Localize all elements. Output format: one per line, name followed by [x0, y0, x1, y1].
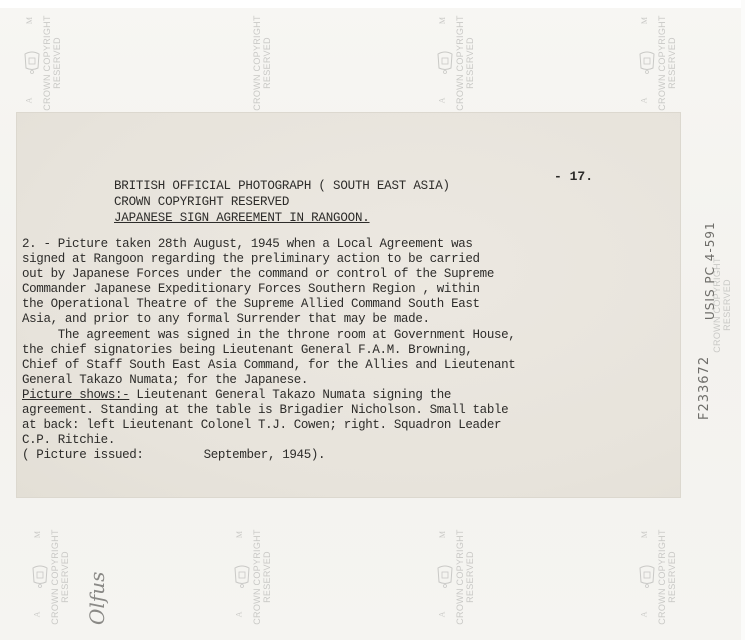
- body-line: agreement. Standing at the table is Brig…: [22, 403, 672, 418]
- watermark-letter-a: A: [32, 612, 41, 618]
- photo-top-edge: [0, 0, 745, 8]
- watermark-text: CROWN COPYRIGHTRESERVED: [50, 522, 70, 632]
- crown-icon: [637, 562, 657, 588]
- watermark-text: CROWN COPYRIGHTRESERVED: [455, 8, 475, 118]
- watermark-letter-a: A: [639, 98, 648, 104]
- body-line: C.P. Ritchie.: [22, 433, 672, 448]
- page-number: - 17.: [554, 169, 593, 184]
- body-line: the chief signatories being Lieutenant G…: [22, 343, 672, 358]
- watermark-letter-m: M: [438, 17, 447, 24]
- body-line: The agreement was signed in the throne r…: [22, 328, 672, 343]
- watermark-stamp: M A CROWN COPYRIGHTRESERVED: [635, 8, 705, 118]
- watermark-text: CROWN COPYRIGHTRESERVED: [455, 522, 475, 632]
- body-line: General Takazo Numata; for the Japanese.: [22, 373, 672, 388]
- caption-header: BRITISH OFFICIAL PHOTOGRAPH ( SOUTH EAST…: [114, 178, 450, 226]
- watermark-stamp: M A CROWN COPYRIGHTRESERVED: [433, 522, 503, 632]
- caption-body: 2. - Picture taken 28th August, 1945 whe…: [22, 237, 672, 463]
- crown-icon: [435, 48, 455, 74]
- watermark-text: CROWN COPYRIGHTRESERVED: [252, 8, 272, 118]
- caption-title: JAPANESE SIGN AGREEMENT IN RANGOON.: [114, 210, 450, 226]
- body-line: out by Japanese Forces under the command…: [22, 267, 672, 282]
- watermark-letter-m: M: [25, 17, 34, 24]
- header-line-source: BRITISH OFFICIAL PHOTOGRAPH ( SOUTH EAST…: [114, 178, 450, 194]
- watermark-text: CROWN COPYRIGHTRESERVED: [42, 8, 62, 118]
- picture-shows-text: Lieutenant General Takazo Numata signing…: [129, 388, 451, 402]
- watermark-letter-m: M: [33, 531, 42, 538]
- body-line: 2. - Picture taken 28th August, 1945 whe…: [22, 237, 672, 252]
- issued-label: ( Picture issued:: [22, 448, 144, 462]
- watermark-text: CROWN COPYRIGHTRESERVED: [252, 522, 272, 632]
- caption-slip: - 17. BRITISH OFFICIAL PHOTOGRAPH ( SOUT…: [17, 113, 680, 497]
- watermark-letter-a: A: [437, 98, 446, 104]
- header-line-copyright: CROWN COPYRIGHT RESERVED: [114, 194, 450, 210]
- picture-shows-line: Picture shows:- Lieutenant General Takaz…: [22, 388, 672, 403]
- watermark-stamp: M A CROWN COPYRIGHTRESERVED: [433, 8, 503, 118]
- body-line: Commander Japanese Expeditionary Forces …: [22, 282, 672, 297]
- pencil-signature: Olfus: [85, 572, 109, 625]
- body-line: Chief of Staff South East Asia Command, …: [22, 358, 672, 373]
- body-line: at back: left Lieutenant Colonel T.J. Co…: [22, 418, 672, 433]
- watermark-text: CROWN COPYRIGHTRESERVED: [657, 522, 677, 632]
- crown-icon: [30, 562, 50, 588]
- archive-reference-number: F233672: [697, 356, 712, 420]
- crown-icon: [232, 562, 252, 588]
- picture-shows-label: Picture shows:-: [22, 388, 129, 402]
- watermark-text: CROWN COPYRIGHTRESERVED: [657, 8, 677, 118]
- watermark-stamp: M A CROWN COPYRIGHTRESERVED: [230, 522, 300, 632]
- body-line: the Operational Theatre of the Supreme A…: [22, 297, 672, 312]
- watermark-stamp: CROWN COPYRIGHTRESERVED: [690, 250, 745, 360]
- watermark-letter-a: A: [437, 612, 446, 618]
- body-line: Asia, and prior to any formal Surrender …: [22, 312, 672, 327]
- watermark-letter-m: M: [640, 531, 649, 538]
- watermark-letter-a: A: [639, 612, 648, 618]
- crown-icon: [22, 48, 42, 74]
- watermark-stamp: M A CROWN COPYRIGHTRESERVED: [635, 522, 705, 632]
- issued-line: ( Picture issued:September, 1945).: [22, 448, 672, 463]
- watermark-stamp: CROWN COPYRIGHTRESERVED: [230, 8, 300, 118]
- watermark-stamp: M A CROWN COPYRIGHTRESERVED: [20, 8, 90, 118]
- watermark-letter-m: M: [438, 531, 447, 538]
- watermark-letter-a: A: [24, 98, 33, 104]
- watermark-letter-m: M: [235, 531, 244, 538]
- body-line: signed at Rangoon regarding the prelimin…: [22, 252, 672, 267]
- crown-icon: [637, 48, 657, 74]
- watermark-letter-a: A: [234, 612, 243, 618]
- watermark-letter-m: M: [640, 17, 649, 24]
- issued-date: September, 1945).: [204, 448, 326, 462]
- crown-icon: [435, 562, 455, 588]
- archive-reference-code: USIS PC 4-591: [703, 221, 717, 320]
